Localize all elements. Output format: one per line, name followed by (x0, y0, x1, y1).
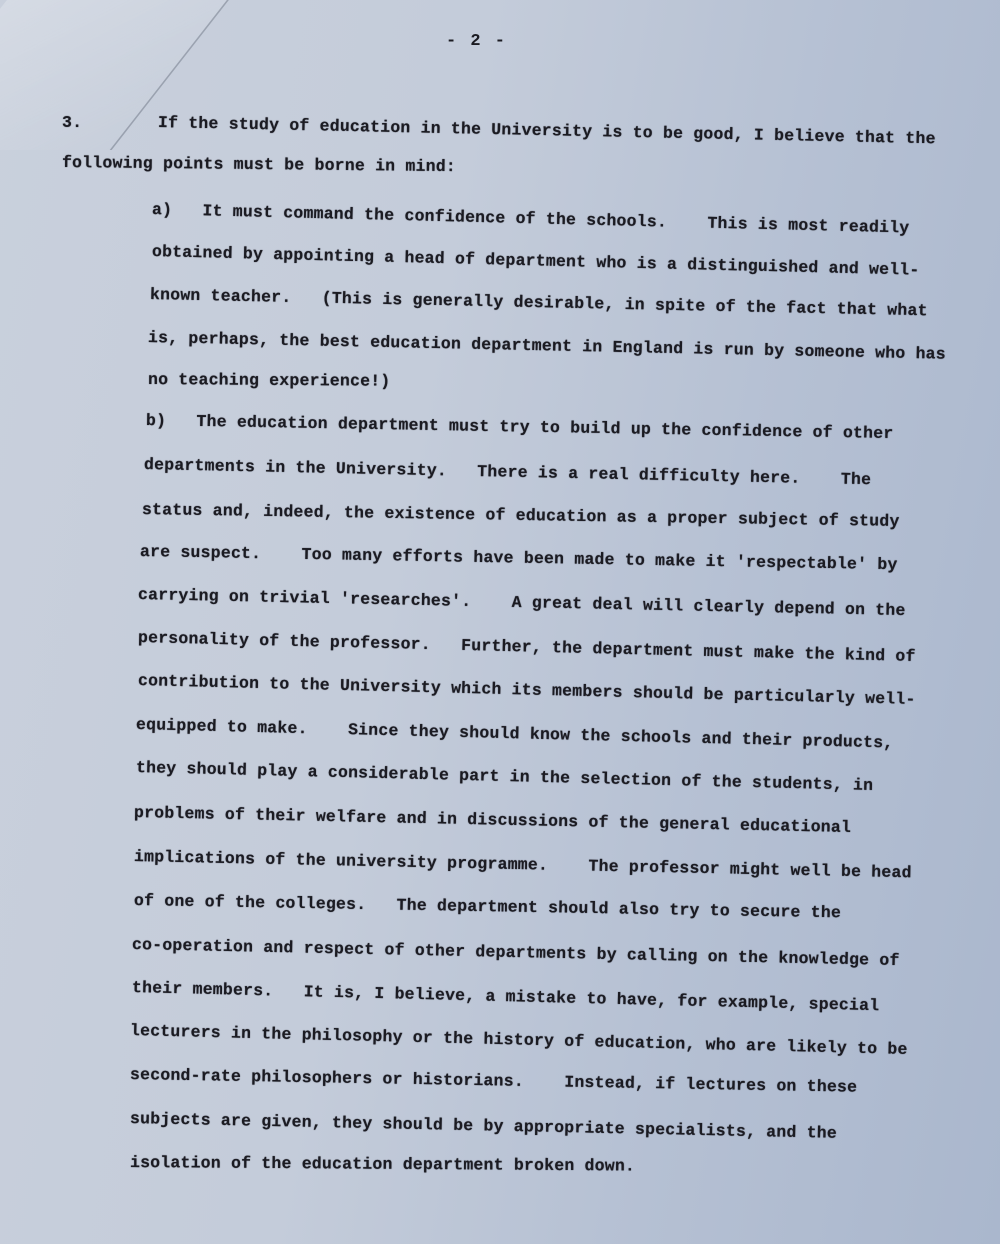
text-line: following points must be borne in mind: (62, 153, 456, 176)
text-line: implications of the university programme… (134, 847, 912, 882)
text-line: personality of the professor. Further, t… (138, 628, 916, 666)
text-line: co-operation and respect of other depart… (132, 935, 900, 970)
text-line: their members. It is, I believe, a mista… (132, 978, 880, 1015)
text-line: of one of the colleges. The department s… (134, 891, 841, 922)
text-line: no teaching experience!) (148, 370, 391, 391)
text-line: they should play a considerable part in … (136, 758, 874, 795)
text-line: status and, indeed, the existence of edu… (142, 500, 900, 531)
text-line: departments in the University. There is … (144, 455, 872, 489)
text-line: are suspect. Too many efforts have been … (140, 542, 898, 574)
text-line: If the study of education in the Univers… (158, 113, 936, 148)
text-line: problems of their welfare and in discuss… (134, 803, 851, 837)
page-number: - 2 - (446, 32, 507, 51)
text-line: contribution to the University which its… (138, 671, 916, 709)
text-line: a) It must command the confidence of the… (152, 200, 910, 238)
text-line: subjects are given, they should be by ap… (130, 1109, 837, 1143)
text-line: known teacher. (This is generally desira… (150, 285, 928, 320)
section-number: 3. (62, 113, 82, 132)
text-line: b) The education department must try to … (146, 411, 894, 443)
text-line: carrying on trivial 'researches'. A grea… (138, 585, 906, 620)
text-line: equipped to make. Since they should know… (136, 715, 894, 753)
text-line: second-rate philosophers or historians. … (130, 1065, 858, 1097)
text-line: lecturers in the philosophy or the histo… (130, 1021, 908, 1059)
text-line: is, perhaps, the best education departme… (148, 328, 946, 364)
text-line: isolation of the education department br… (130, 1153, 635, 1176)
text-line: obtained by appointing a head of departm… (152, 242, 920, 280)
